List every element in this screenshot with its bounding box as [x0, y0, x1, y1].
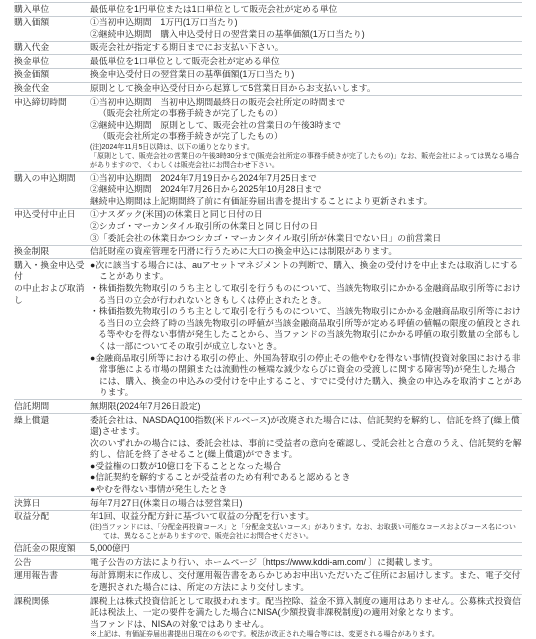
content-line: 毎年7月27日(休業日の場合は翌営業日) [90, 498, 522, 510]
row-content: 原則として換金申込受付日から起算して5営業日目からお支払いします。 [90, 83, 522, 95]
row-content: 委託会社は、NASDAQ100指数(米ドルベース)が改廃された場合には、信託契約… [90, 415, 522, 496]
content-line: ①当初申込期間 1万円(1万口当たり) [90, 17, 522, 29]
row-label: 換金制限 [14, 246, 90, 258]
content-line: （販売会社所定の事務手続きが完了したもの） [90, 131, 522, 143]
table-row: 換金制限信託財産の資産管理を円滑に行うために大口の換金申込には制限があります。 [14, 245, 522, 259]
row-content: 販売会社が指定する期日までにお支払い下さい。 [90, 42, 522, 54]
row-content: 換金申込受付日の翌営業日の基準価額(1万口当たり) [90, 69, 522, 81]
content-line: ・株価指数先物取引のうち主として取引を行うものについて、当該先物取引にかかる金融… [90, 283, 522, 306]
content-line: 最低単位を1円単位または1口単位として販売会社が定める単位 [90, 4, 522, 16]
row-content: 毎計算期末に作成し、交付運用報告書をあらかじめお申出いただいたご住所にお届けしま… [90, 570, 522, 593]
row-label: 決算日 [14, 498, 90, 510]
row-label: 換金価額 [14, 69, 90, 81]
content-line: 原則として換金申込受付日から起算して5営業日目からお支払いします。 [90, 83, 522, 95]
table-row: 公告電子公告の方法により行い、ホームページ〔https://www.kddi-a… [14, 555, 522, 569]
content-line: 課税上は株式投資信託として取扱われます。配当控除、益金不算入制度の適用はありませ… [90, 596, 522, 619]
row-label: 信託金の限度額 [14, 543, 90, 555]
table-row: 購入の申込期間①当初申込期間 2024年7月19日から2024年7月25日まで②… [14, 171, 522, 208]
content-line: ①当初申込期間 2024年7月19日から2024年7月25日まで [90, 173, 522, 185]
content-line: ・株価指数先物取引のうち主として取引を行うものについて、当該先物取引にかかる金融… [90, 306, 522, 352]
row-label: 購入・換金申込受付 の中止および取消し [14, 260, 90, 399]
row-content: 5,000億円 [90, 543, 522, 555]
content-line: 「原則として、販売会社の営業日の午後3時30分まで(販売会社所定の事務手続きが完… [90, 152, 522, 170]
content-line: ●信託契約を解約することが受益者のため有利であると認めるとき [90, 472, 522, 484]
table-row: 購入単位最低単位を1円単位または1口単位として販売会社が定める単位 [14, 2, 522, 16]
row-content: 毎年7月27日(休業日の場合は翌営業日) [90, 498, 522, 510]
content-line: 委託会社は、NASDAQ100指数(米ドルベース)が改廃された場合には、信託契約… [90, 415, 522, 438]
row-label: 申込受付中止日 [14, 209, 90, 244]
table-row: 換金代金原則として換金申込受付日から起算して5営業日目からお支払いします。 [14, 82, 522, 96]
content-line: ①ナスダック(米国)の休業日と同じ日付の日 [90, 209, 522, 221]
row-content: 信託財産の資産管理を円滑に行うために大口の換金申込には制限があります。 [90, 246, 522, 258]
row-content: ①当初申込期間 2024年7月19日から2024年7月25日まで②継続申込期間 … [90, 173, 522, 208]
content-line: ●次に該当する場合には、auアセットマネジメントの判断で、購入、換金の受付けを中… [90, 260, 522, 283]
table-row: 申込受付中止日①ナスダック(米国)の休業日と同じ日付の日②シカゴ・マーカンタイル… [14, 208, 522, 245]
table-row: 信託金の限度額5,000億円 [14, 542, 522, 556]
row-content: ①当初申込期間 当初申込期間最終日の販売会社所定の時間まで（販売会社所定の事務手… [90, 97, 522, 171]
row-label: 公告 [14, 557, 90, 569]
content-line: 電子公告の方法により行い、ホームページ〔https://www.kddi-am.… [90, 557, 522, 569]
content-line: ●金融商品取引所等における取引の停止、外国為替取引の停止その他やむを得ない事情(… [90, 353, 522, 399]
table-row: 換金価額換金申込受付日の翌営業日の基準価額(1万口当たり) [14, 68, 522, 82]
row-label: 信託期間 [14, 401, 90, 413]
table-row: 購入価額①当初申込期間 1万円(1万口当たり)②継続申込期間 購入申込受付日の翌… [14, 16, 522, 41]
table-row: 決算日毎年7月27日(休業日の場合は翌営業日) [14, 496, 522, 510]
row-content: 年1回、収益分配方針に基づいて収益の分配を行います。(注)当ファンドには、「分配… [90, 511, 522, 541]
content-line: 当ファンドは、NISAの対象ではありません。 [90, 619, 522, 631]
content-line: ②シカゴ・マーカンタイル取引所の休業日と同じ日付の日 [90, 221, 522, 233]
fund-terms-table: 購入単位最低単位を1円単位または1口単位として販売会社が定める単位購入価額①当初… [14, 2, 522, 639]
row-label: 換金代金 [14, 83, 90, 95]
row-content: 最低単位を1円単位または1口単位として販売会社が定める単位 [90, 4, 522, 16]
content-line: ②継続申込期間 原則として、販売会社の営業日の午後3時まで [90, 120, 522, 132]
content-line: 換金申込受付日の翌営業日の基準価額(1万口当たり) [90, 69, 522, 81]
table-row: 収益分配年1回、収益分配方針に基づいて収益の分配を行います。(注)当ファンドには… [14, 510, 522, 542]
row-content: 電子公告の方法により行い、ホームページ〔https://www.kddi-am.… [90, 557, 522, 569]
content-line: ②継続申込期間 2024年7月26日から2025年10月28日まで [90, 184, 522, 196]
content-line: ●受益権の口数が10億口を下ることとなった場合 [90, 461, 522, 473]
row-content: 最低単位を1口単位として販売会社が定める単位 [90, 56, 522, 68]
row-label: 運用報告書 [14, 570, 90, 593]
content-line: (注)2024年11月5日以降は、以下の通りとなります。 [90, 143, 522, 152]
table-row: 申込締切時間①当初申込期間 当初申込期間最終日の販売会社所定の時間まで（販売会社… [14, 95, 522, 171]
row-label: 購入単位 [14, 4, 90, 16]
content-line: ①当初申込期間 当初申込期間最終日の販売会社所定の時間まで [90, 97, 522, 109]
content-line: ※上記は、有価証券届出書提出日現在のものです。税法が改正された場合等には、変更さ… [90, 630, 522, 639]
table-row: 購入・換金申込受付 の中止および取消し●次に該当する場合には、auアセットマネジ… [14, 258, 522, 399]
content-line: ●やむを得ない事情が発生したとき [90, 484, 522, 496]
content-line: 次のいずれかの場合には、委託会社は、事前に受益者の意向を確認し、受託会社と合意の… [90, 438, 522, 461]
row-content: 無期限(2024年7月26日設定) [90, 401, 522, 413]
content-line: ②継続申込期間 購入申込受付日の翌営業日の基準価額(1万口当たり) [90, 29, 522, 41]
row-content: ①当初申込期間 1万円(1万口当たり)②継続申込期間 購入申込受付日の翌営業日の… [90, 17, 522, 40]
row-label: 課税関係 [14, 596, 90, 639]
table-row: 購入代金販売会社が指定する期日までにお支払い下さい。 [14, 41, 522, 55]
content-line: 販売会社が指定する期日までにお支払い下さい。 [90, 42, 522, 54]
row-label: 繰上償還 [14, 415, 90, 496]
content-line: 無期限(2024年7月26日設定) [90, 401, 522, 413]
row-content: ①ナスダック(米国)の休業日と同じ日付の日②シカゴ・マーカンタイル取引所の休業日… [90, 209, 522, 244]
row-label: 購入の申込期間 [14, 173, 90, 208]
content-line: 毎計算期末に作成し、交付運用報告書をあらかじめお申出いただいたご住所にお届けしま… [90, 570, 522, 593]
content-line: ③「委託会社の休業日かつシカゴ・マーカンタイル取引所が休業日でない日」の前営業日 [90, 233, 522, 245]
row-content: 課税上は株式投資信託として取扱われます。配当控除、益金不算入制度の適用はありませ… [90, 596, 522, 639]
content-line: 年1回、収益分配方針に基づいて収益の分配を行います。 [90, 511, 522, 523]
content-line: (注)当ファンドには、「分配金再投資コース」と「分配金支払いコース」があります。… [90, 523, 522, 541]
row-label: 購入代金 [14, 42, 90, 54]
content-line: （販売会社所定の事務手続きが完了したもの） [90, 108, 522, 120]
table-row: 信託期間無期限(2024年7月26日設定) [14, 399, 522, 413]
content-line: 最低単位を1口単位として販売会社が定める単位 [90, 56, 522, 68]
content-line: 信託財産の資産管理を円滑に行うために大口の換金申込には制限があります。 [90, 246, 522, 258]
content-line: 5,000億円 [90, 543, 522, 555]
table-row: 課税関係課税上は株式投資信託として取扱われます。配当控除、益金不算入制度の適用は… [14, 594, 522, 639]
row-label: 換金単位 [14, 56, 90, 68]
row-label: 購入価額 [14, 17, 90, 40]
table-row: 繰上償還委託会社は、NASDAQ100指数(米ドルベース)が改廃された場合には、… [14, 413, 522, 496]
row-label: 申込締切時間 [14, 97, 90, 171]
table-row: 運用報告書毎計算期末に作成し、交付運用報告書をあらかじめお申出いただいたご住所に… [14, 569, 522, 594]
row-content: ●次に該当する場合には、auアセットマネジメントの判断で、購入、換金の受付けを中… [90, 260, 522, 399]
row-label: 収益分配 [14, 511, 90, 541]
content-line: 継続申込期間は上記期間終了前に有価証券届出書を提出することにより更新されます。 [90, 196, 522, 208]
table-row: 換金単位最低単位を1口単位として販売会社が定める単位 [14, 54, 522, 68]
